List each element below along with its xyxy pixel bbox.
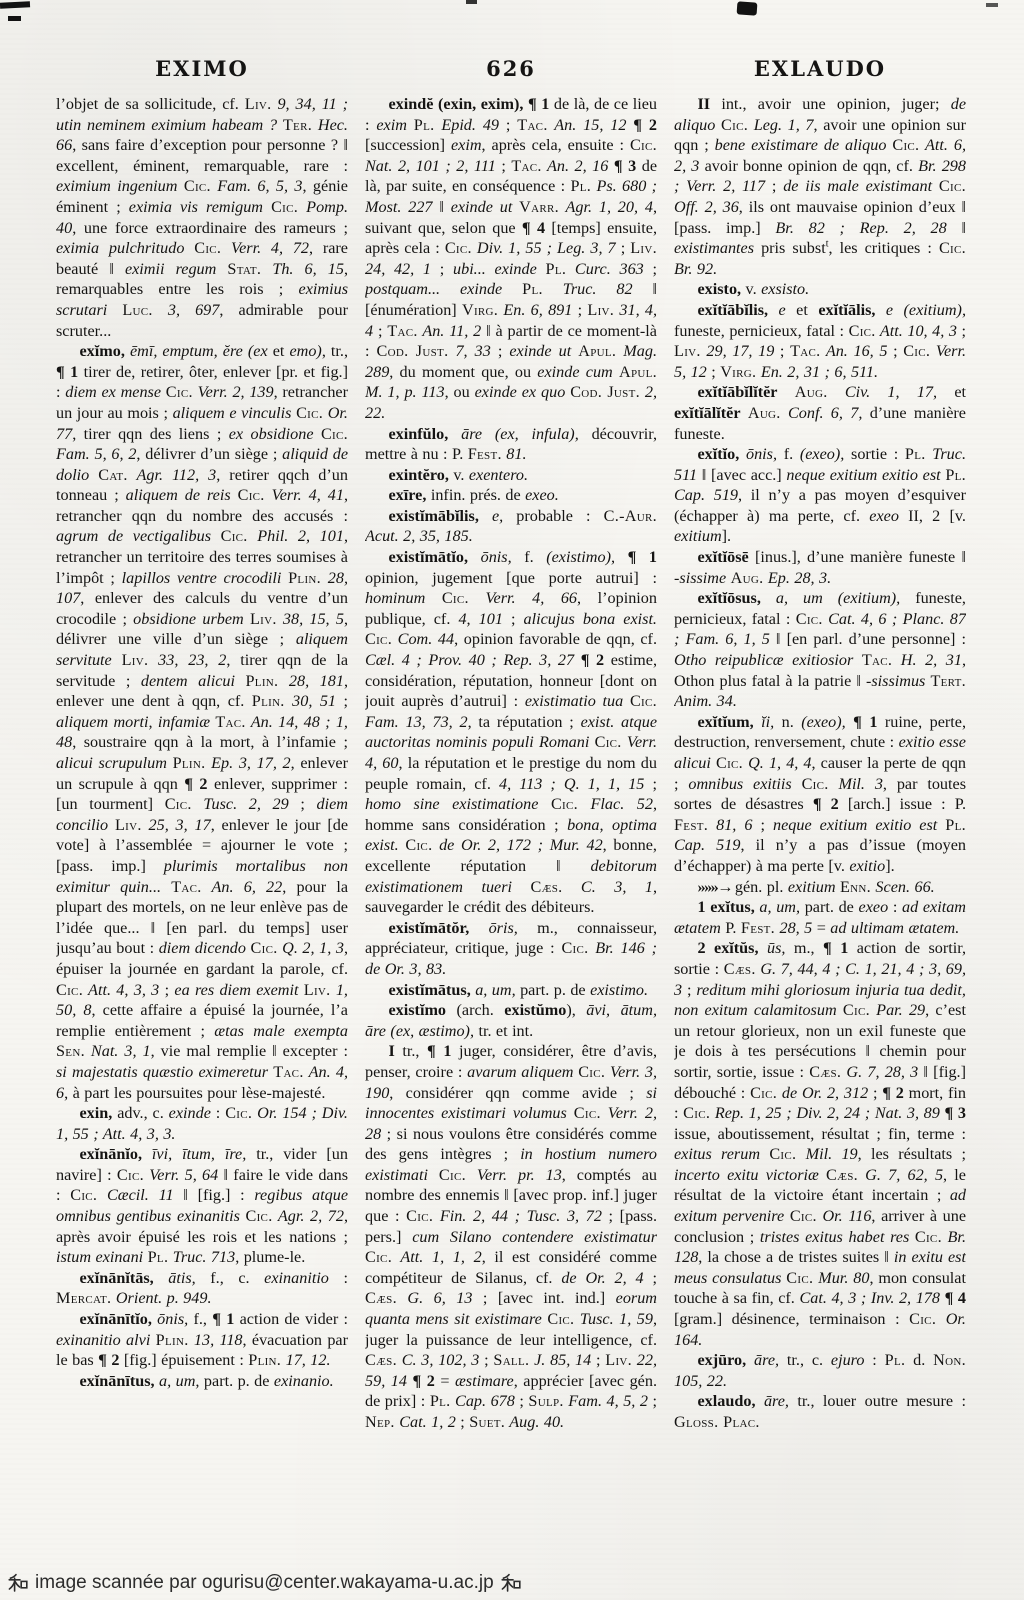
scan-artifact	[737, 1, 758, 15]
scanner-credit-line: image scannée par ogurisu@center.wakayam…	[8, 1570, 521, 1596]
dictionary-scan-page: EXIMO 626 EXLAUDO l’objet de sa sollicit…	[0, 0, 1024, 1600]
text-columns: l’objet de sa sollicitude, cf. Liv. 9, 3…	[56, 94, 966, 1542]
entry-exitiabilis: exĭtĭābĭlis, e et exĭtĭālis, e (exitium)…	[674, 300, 966, 382]
column-2: exindĕ (exin, exim), ¶ 1 de là, de ce li…	[365, 94, 657, 1542]
existimo-part-II: II int., avoir une opinion, juger; de al…	[674, 94, 966, 279]
scan-artifact	[466, 0, 477, 4]
entry-exitus-2: 2 exĭtŭs, ūs, m., ¶ 1 action de sortir, …	[674, 938, 966, 1350]
entry-exinanitio: exĭnānītĭo, ōnis, f., ¶ 1 action de vide…	[56, 1309, 348, 1371]
scan-artifact	[986, 3, 998, 7]
entry-exitium: exĭtĭum, ĭi, n. (exeo), ¶ 1 ruine, perte…	[674, 712, 966, 877]
column-1: l’objet de sa sollicitude, cf. Liv. 9, 3…	[56, 94, 348, 1542]
existimo-part-I: I tr., ¶ 1 juger, considérer, être d’avi…	[365, 1041, 657, 1432]
guide-word-left: EXIMO	[56, 56, 348, 81]
entry-existimabilis: existĭmābĭlis, e, probable : C.-Aur. Acu…	[365, 506, 657, 547]
scanner-credit-text: image scannée par ogurisu@center.wakayam…	[35, 1572, 494, 1594]
entry-existimatus: existĭmātus, a, um, part. p. de existimo…	[365, 980, 657, 1001]
page-number: 626	[365, 56, 657, 81]
entry-existimatio: existĭmātĭo, ōnis, f. (existimo), ¶ 1 op…	[365, 547, 657, 918]
cjk-wa-icon	[501, 1573, 521, 1593]
entry-exitiabiliter: exĭtĭābĭlĭtĕr Aug. Civ. 1, 17, et exĭtĭā…	[674, 382, 966, 444]
entry-exjuro: exjūro, āre, tr., c. ejuro : Pl. d. Non.…	[674, 1350, 966, 1391]
entry-exinanitas: exĭnānĭtās, ātis, f., c. exinanitio : Me…	[56, 1268, 348, 1309]
running-head: EXIMO 626 EXLAUDO	[56, 56, 966, 81]
scan-artifact	[0, 1, 30, 9]
entry-exinfulo: exinfŭlo, āre (ex, infula), découvrir, m…	[365, 424, 657, 465]
entry-exlaudo: exlaudo, āre, tr., louer outre mesure : …	[674, 1391, 966, 1432]
entry-exinanio: exĭnānĭo, īvi, ītum, īre, tr., vider [un…	[56, 1144, 348, 1268]
cjk-wa-icon	[8, 1573, 28, 1593]
entry-existimator: existĭmātŏr, ōris, m., connaisseur, appr…	[365, 918, 657, 980]
entry-exintero: exintĕro, v. exentero.	[365, 465, 657, 486]
entry-exitus-1: 1 exĭtus, a, um, part. de exeo : ad exit…	[674, 897, 966, 938]
entry-exitiosus: exĭtĭōsus, a, um (exitium), funeste, per…	[674, 588, 966, 712]
entry-exinde: exindĕ (exin, exim), ¶ 1 de là, de ce li…	[365, 94, 657, 424]
scan-artifact	[8, 16, 21, 21]
entry-exitiose: exĭtĭōsē [inus.], d’une manière funeste …	[674, 547, 966, 588]
entry-existo: existo, v. exsisto.	[674, 279, 966, 300]
entry-eximo: exĭmo, ēmī, emptum, ĕre (ex et emo), tr.…	[56, 341, 348, 1103]
continuation-eximius: l’objet de sa sollicitude, cf. Liv. 9, 3…	[56, 94, 348, 341]
guide-word-right: EXLAUDO	[674, 56, 966, 81]
entry-exin: exin, adv., c. exinde : Cic. Or. 154 ; D…	[56, 1103, 348, 1144]
entry-existimo: existĭmo (arch. existŭmo), āvi, ātum, ār…	[365, 1000, 657, 1041]
column-3: II int., avoir une opinion, juger; de al…	[674, 94, 966, 1542]
entry-exitio: exĭtĭo, ōnis, f. (exeo), sortie : Pl. Tr…	[674, 444, 966, 547]
entry-exinanitus: exĭnānītus, a, um, part. p. de exinanio.	[56, 1371, 348, 1392]
note-exitium-genitive: »»»→ gén. pl. exitium Enn. Scen. 66.	[674, 877, 966, 898]
entry-exire: exīre, infin. prés. de exeo.	[365, 485, 657, 506]
